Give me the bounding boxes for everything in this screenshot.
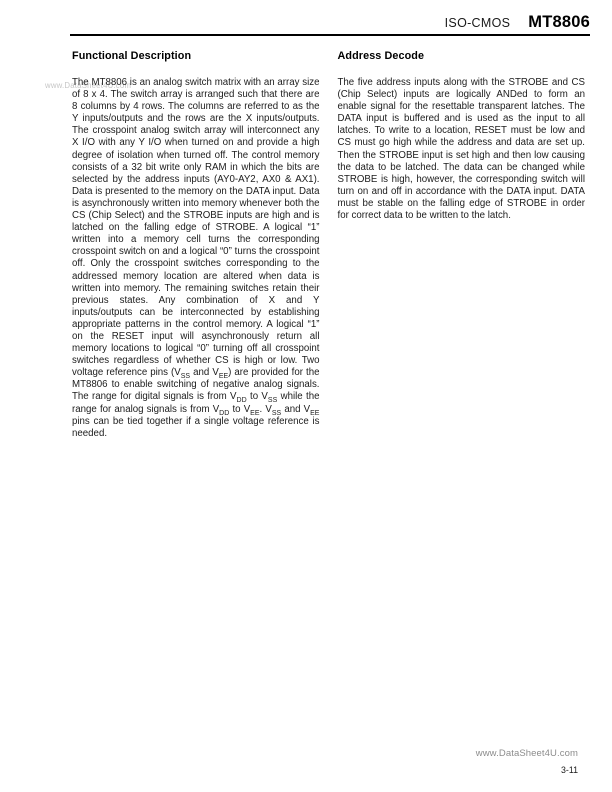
functional-description-paragraph: The MT8806 is an analog switch matrix wi… — [72, 77, 320, 440]
functional-description-section: Functional Description The MT8806 is an … — [72, 50, 320, 440]
address-decode-heading: Address Decode — [338, 50, 586, 62]
page-number: 3-11 — [561, 765, 578, 775]
header-rule — [70, 34, 590, 36]
content-columns: Functional Description The MT8806 is an … — [72, 50, 585, 440]
address-decode-paragraph: The five address inputs along with the S… — [338, 77, 586, 222]
technology-family-label: ISO-CMOS — [445, 16, 511, 30]
page-header: ISO-CMOS MT8806 — [445, 13, 590, 32]
footer-watermark: www.DataSheet4U.com — [476, 748, 578, 759]
datasheet-page: ISO-CMOS MT8806 www.DataSheet4U.com Func… — [0, 0, 612, 792]
functional-description-heading: Functional Description — [72, 50, 320, 62]
address-decode-section: Address Decode The five address inputs a… — [338, 50, 586, 440]
part-number: MT8806 — [528, 13, 590, 32]
